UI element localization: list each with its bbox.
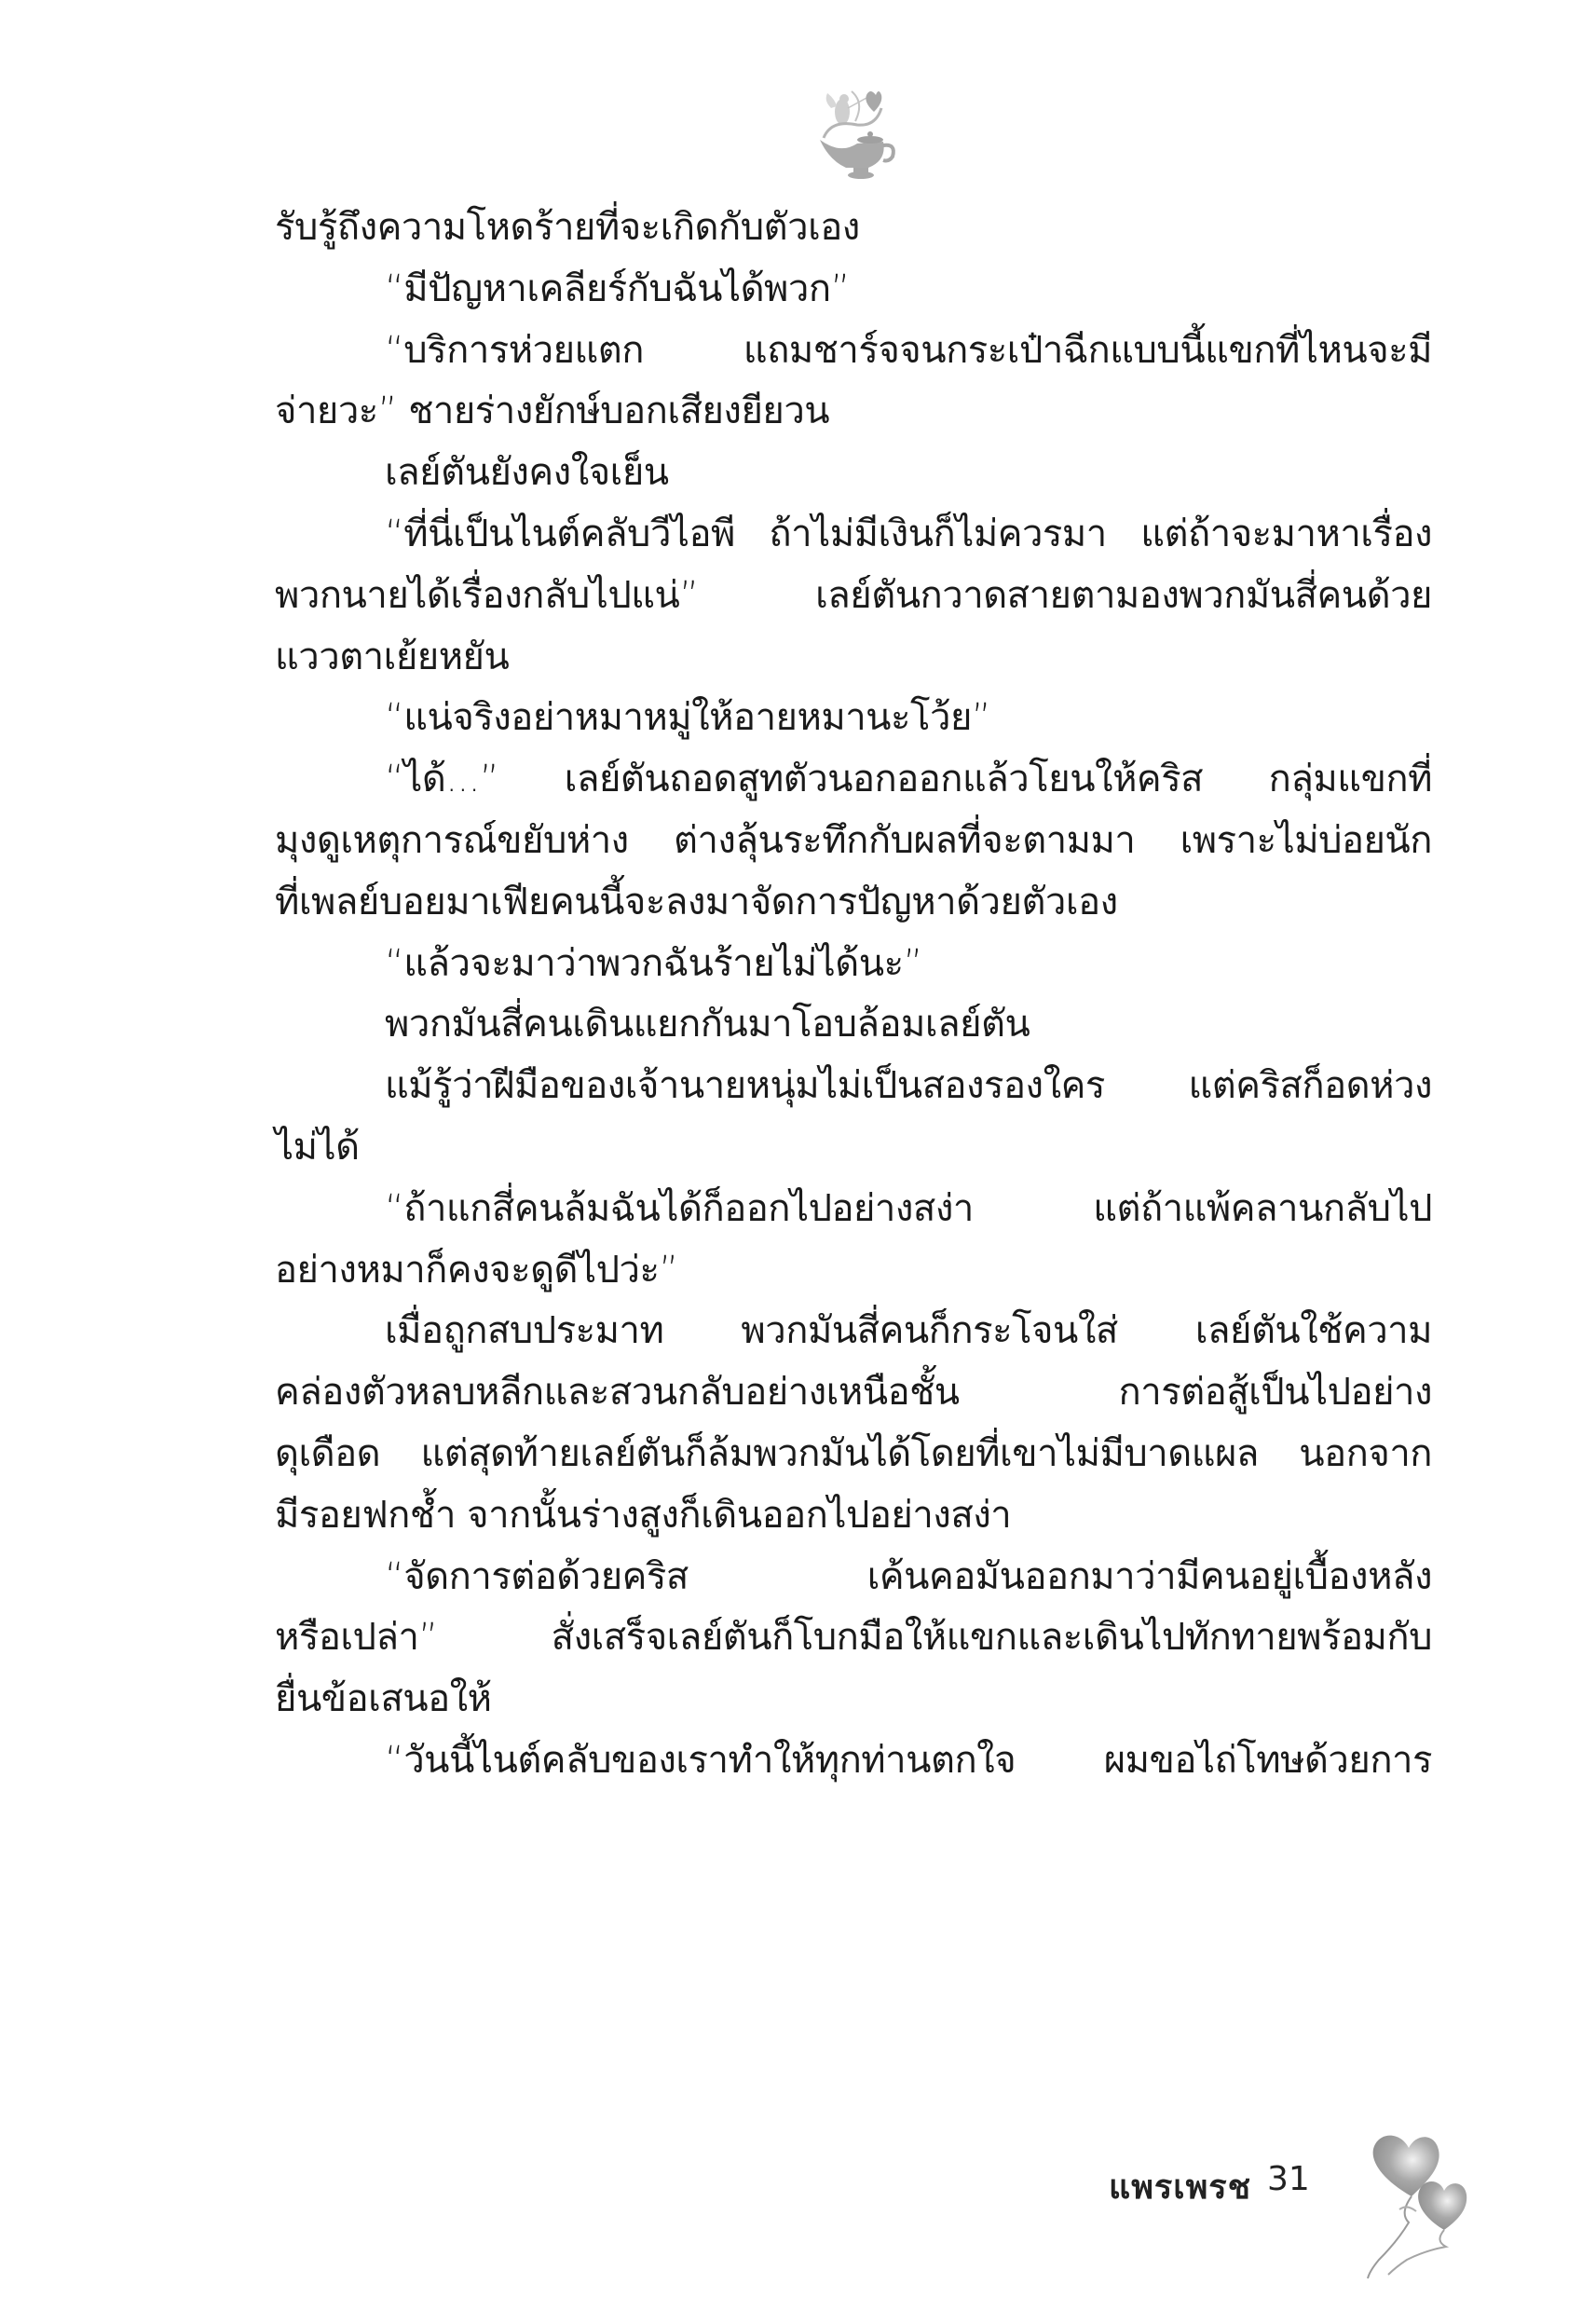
text-line: จ่ายวะ” ชายร่างยักษ์บอกเสียงยียวน [275,381,1432,443]
text-line: เมื่อถูกสบประมาท พวกมันสี่คนก็กระโจนใส่ … [275,1301,1432,1362]
text-line: “ถ้าแกสี่คนล้มฉันได้ก็ออกไปอย่างสง่า แต่… [275,1179,1432,1240]
text-line: พวกมันสี่คนเดินแยกกันมาโอบล้อมเลย์ตัน [275,994,1432,1056]
text-line: “วันนี้ไนต์คลับของเราทำให้ทุกท่านตกใจ ผม… [275,1730,1432,1792]
genie-lamp-cupid-icon [803,82,906,185]
text-line: รับรู้ถึงความโหดร้ายที่จะเกิดกับตัวเอง [275,198,1432,259]
text-line: “บริการห่วยแตก แถมชาร์จจนกระเป๋าฉีกแบบนี… [275,321,1432,382]
text-line: เลย์ตันยังคงใจเย็น [275,443,1432,504]
page-number: 31 [1267,2160,1310,2198]
text-line: แม้รู้ว่าฝีมือของเจ้านายหนุ่มไม่เป็นสองร… [275,1056,1432,1117]
body-text: รับรู้ถึงความโหดร้ายที่จะเกิดกับตัวเอง “… [275,198,1432,1792]
text-line: อย่างหมาก็คงจะดูดีไปว่ะ” [275,1240,1432,1302]
text-line: “ที่นี่เป็นไนต์คลับวีไอพี ถ้าไม่มีเงินก็… [275,504,1432,566]
text-line: หรือเปล่า” สั่งเสร็จเลย์ตันก็โบกมือให้แข… [275,1607,1432,1669]
text-line: “จัดการต่อด้วยคริส เค้นคอมันออกมาว่ามีคน… [275,1547,1432,1608]
text-line: แววตาเย้ยหยัน [275,627,1432,689]
text-line: ที่เพลย์บอยมาเฟียคนนี้จะลงมาจัดการปัญหาด… [275,872,1432,934]
text-line: “แน่จริงอย่าหมาหมู่ให้อายหมานะโว้ย” [275,688,1432,749]
text-line: ยื่นข้อเสนอให้ [275,1669,1432,1730]
book-page: รับรู้ถึงความโหดร้ายที่จะเกิดกับตัวเอง “… [0,0,1596,2311]
text-line: พวกนายได้เรื่องกลับไปแน่” เลย์ตันกวาดสาย… [275,566,1432,627]
book-title: แพรเพรช [1109,2160,1251,2213]
text-line: ไม่ได้ [275,1117,1432,1179]
heart-balloons-icon [1342,2120,1481,2288]
text-line: “แล้วจะมาว่าพวกฉันร้ายไม่ได้นะ” [275,934,1432,995]
text-line: ดุเดือด แต่สุดท้ายเลย์ตันก็ล้มพวกมันได้โ… [275,1424,1432,1485]
text-line: มุงดูเหตุการณ์ขยับห่าง ต่างลุ้นระทึกกับผ… [275,811,1432,872]
text-line: “มีปัญหาเคลียร์กับฉันได้พวก” [275,259,1432,321]
text-line: “ได้...” เลย์ตันถอดสูทตัวนอกออกแล้วโยนให… [275,749,1432,811]
text-line: คล่องตัวหลบหลีกและสวนกลับอย่างเหนือชั้น … [275,1362,1432,1424]
text-line: มีรอยฟกช้ำ จากนั้นร่างสูงก็เดินออกไปอย่า… [275,1485,1432,1547]
